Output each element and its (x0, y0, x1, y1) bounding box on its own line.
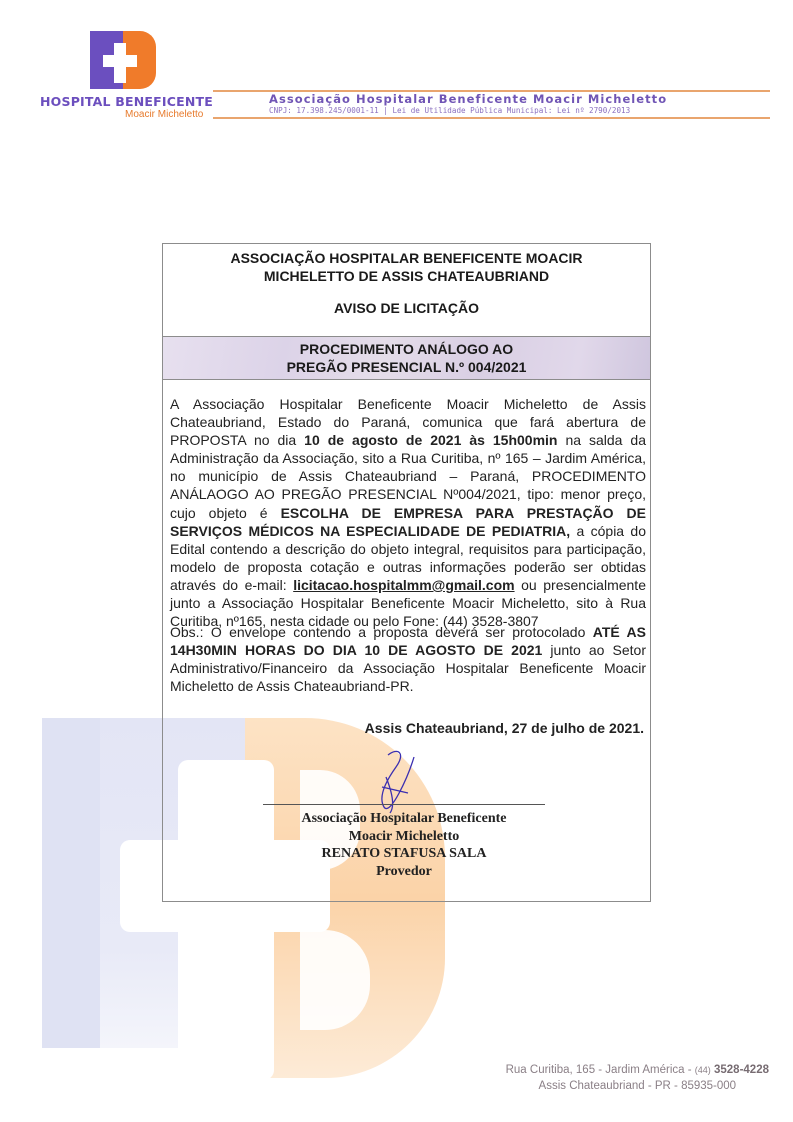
logo-subtitle: Moacir Micheletto (125, 109, 203, 120)
footer-address-line: Rua Curitiba, 165 - Jardim América - (44… (506, 1062, 769, 1078)
notice-paragraph-main: A Associação Hospitalar Beneficente Moac… (170, 395, 646, 630)
watermark-logo-h-left (42, 718, 100, 1048)
signature-block: Associação Hospitalar Beneficente Moacir… (263, 810, 545, 880)
signature-line (263, 804, 545, 805)
notice-header: ASSOCIAÇÃO HOSPITALAR BENEFICENTE MOACIR… (163, 244, 650, 336)
procedure-band: PROCEDIMENTO ANÁLOGO AO PREGÃO PRESENCIA… (163, 336, 650, 380)
opening-date: 10 de agosto de 2021 às 15h00min (304, 432, 557, 448)
place-and-date: Assis Chateaubriand, 27 de julho de 2021… (365, 720, 644, 736)
signature-scribble-icon (368, 747, 418, 817)
organization-info: CNPJ: 17.398.245/0001-11 | Lei de Utilid… (269, 106, 630, 115)
hospital-logo: HOSPITAL BENEFICENTE Moacir Micheletto (40, 28, 210, 120)
signatory-name: RENATO STAFUSA SALA (263, 845, 545, 863)
organization-name: Associação Hospitalar Beneficente Moacir… (269, 92, 667, 106)
notice-box: ASSOCIAÇÃO HOSPITALAR BENEFICENTE MOACIR… (162, 243, 651, 902)
signatory-organization: Associação Hospitalar Beneficente (263, 810, 545, 828)
signatory-role: Provedor (263, 863, 545, 881)
footer-city-line: Assis Chateaubriand - PR - 85935-000 (506, 1078, 769, 1094)
notice-body: A Associação Hospitalar Beneficente Moac… (163, 379, 650, 900)
procedure-title: PROCEDIMENTO ANÁLOGO AO PREGÃO PRESENCIA… (163, 340, 650, 376)
header-divider-bottom (213, 117, 770, 119)
email-link[interactable]: licitacao.hospitalmm@gmail.com (293, 577, 514, 593)
footer-phone: 3528-4228 (714, 1064, 769, 1076)
logo-title: HOSPITAL BENEFICENTE (40, 94, 213, 109)
hb-cross-logo-icon (90, 31, 156, 91)
notice-title: AVISO DE LICITAÇÃO (163, 300, 650, 316)
notice-paragraph-obs: Obs.: O envelope contendo a proposta dev… (170, 623, 646, 695)
signatory-organization-line2: Moacir Micheletto (263, 828, 545, 846)
notice-organization-title: ASSOCIAÇÃO HOSPITALAR BENEFICENTE MOACIR… (163, 249, 650, 285)
footer-address: Rua Curitiba, 165 - Jardim América - (44… (506, 1062, 769, 1094)
